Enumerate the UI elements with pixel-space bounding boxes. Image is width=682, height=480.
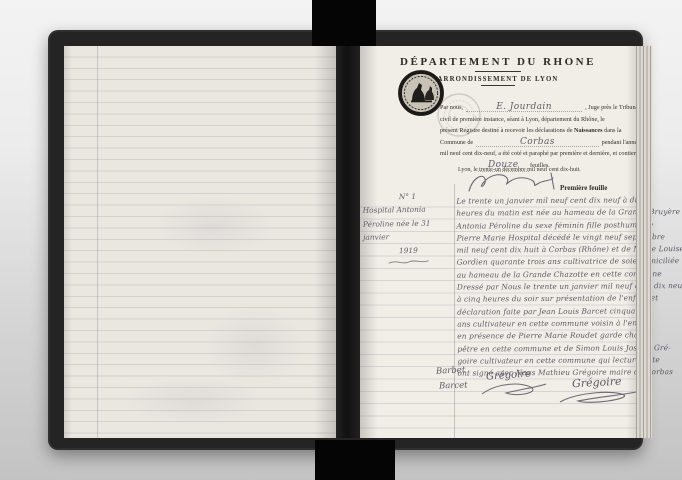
signature-flourish [556, 388, 640, 408]
form-text: mil neuf cent dix-neuf, a été coté et pa… [440, 148, 639, 160]
judge-name-handwritten: E. Jourdain [466, 102, 582, 112]
page-stack-edge [636, 46, 652, 438]
printed-attestation-form: Par nous, E. Jourdain , Juge près le Tri… [440, 102, 640, 171]
scanner-clamp-top [312, 0, 376, 46]
act-line: à cinq heures du soir sur présentation d… [457, 293, 639, 307]
signature-flourish [478, 380, 550, 400]
right-page-margin-rule [454, 184, 455, 438]
right-page: DÉPARTEMENT DU RHONE ARRONDISSEMENT DE L… [360, 46, 636, 438]
left-page [64, 46, 336, 438]
register-type-label: Naissances [574, 125, 603, 137]
page-smudge [204, 306, 304, 386]
form-text: , Juge près le Tribunal [585, 102, 640, 114]
form-text: présent Registre destiné à recevoir les … [440, 125, 572, 137]
signature-declarant: Barcet [439, 381, 468, 392]
margin-flourish [387, 258, 431, 267]
header-divider [481, 85, 515, 86]
scanner-clamp-bottom [315, 440, 395, 480]
birth-act-handwritten-text: Le trente un janvier mil neuf cent dix n… [456, 194, 639, 380]
first-sheet-label: Première feuille [560, 184, 607, 192]
department-title: DÉPARTEMENT DU RHONE [360, 56, 636, 68]
register-book: DÉPARTEMENT DU RHONE ARRONDISSEMENT DE L… [48, 30, 643, 450]
form-text: pendant l'année [602, 137, 640, 149]
act-line: heures du matin est née au hameau de la … [456, 207, 638, 221]
page-smudge [124, 376, 264, 426]
act-line: en présence de Pierre Marie Roudet garde… [457, 330, 639, 344]
page-smudge [154, 196, 274, 256]
book-spine-fold [336, 46, 360, 438]
header-divider [475, 71, 521, 72]
signature-witness-1: Barbet [436, 365, 466, 377]
act-line: pêtre en cette commune et de Simon Louis… [457, 342, 639, 356]
form-text: dans la [604, 125, 621, 137]
form-text: Par nous, [440, 102, 463, 114]
judge-paraph-signature [463, 169, 559, 197]
open-pages: DÉPARTEMENT DU RHONE ARRONDISSEMENT DE L… [64, 46, 636, 438]
act-line: Gordien quarante trois ans cultivatrice … [457, 256, 639, 270]
child-givenname-date: Péroline née le 31 janvier [363, 216, 453, 244]
commune-name-handwritten: Corbas [476, 137, 598, 147]
act-line: Antonia Péroline du sexe féminin fille p… [456, 219, 638, 233]
form-text: civil de première instance, séant à Lyon… [440, 114, 605, 126]
scanned-register-view: DÉPARTEMENT DU RHONE ARRONDISSEMENT DE L… [0, 0, 682, 480]
margin-note: N° 1 Hospital Antonia Péroline née le 31… [362, 189, 453, 267]
left-page-margin-rule [97, 46, 98, 438]
form-text: Commune de [440, 137, 473, 149]
act-year: 1919 [363, 243, 453, 258]
